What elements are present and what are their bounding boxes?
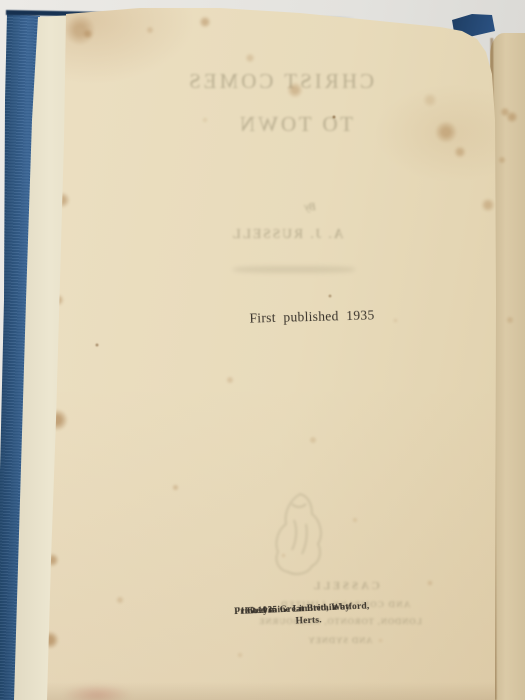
foxing-spot — [427, 580, 433, 586]
foxing-spot — [378, 638, 383, 643]
foxing-spot — [237, 652, 243, 658]
foxing-spot — [116, 596, 124, 604]
foxing-spot — [423, 93, 437, 107]
foxing-spot — [332, 115, 336, 119]
foxing-spot — [65, 15, 95, 45]
foxing-spot — [481, 198, 495, 212]
printer-imprint-line3: F100.1035 — [234, 605, 278, 619]
foxing-spot — [328, 294, 332, 298]
foxing-spot — [95, 343, 99, 347]
foxing-spot — [498, 156, 506, 164]
show-through-publisher-line4: AND SYDNEY — [225, 635, 455, 645]
foxing-spot — [393, 318, 398, 323]
foxing-spot — [506, 111, 518, 123]
foxing-spot — [281, 553, 286, 558]
foxing-spot — [454, 146, 466, 158]
show-through-byline: By — [260, 201, 360, 213]
foxing-spot — [245, 53, 255, 63]
foxing-spot — [146, 26, 154, 34]
show-through-title-line1: CHRIST COMES — [160, 69, 400, 94]
book-photo: CHRIST COMES TO TOWN By A. J. RUSSELL CA… — [0, 0, 525, 700]
foxing-spot — [199, 16, 211, 28]
foxing-spot — [287, 82, 303, 98]
foxing-spot — [435, 121, 457, 143]
first-published-line: First published 1935 — [246, 307, 378, 326]
bottom-shadow — [40, 682, 500, 700]
foxing-spot — [352, 517, 358, 523]
copyright-page: CHRIST COMES TO TOWN By A. J. RUSSELL CA… — [0, 0, 525, 700]
foxing-spot — [309, 436, 317, 444]
show-through-publisher-line1: CASSELL — [230, 580, 460, 592]
show-through-author: A. J. RUSSELL — [187, 226, 387, 242]
publisher-colophon-show-through — [262, 490, 337, 580]
show-through-title-line2: TO TOWN — [175, 112, 415, 137]
foxing-spot — [226, 376, 234, 384]
show-through-smudge — [233, 266, 355, 273]
foxing-spot — [202, 117, 208, 123]
foxing-spot — [506, 316, 514, 324]
foxing-spot — [172, 484, 179, 491]
